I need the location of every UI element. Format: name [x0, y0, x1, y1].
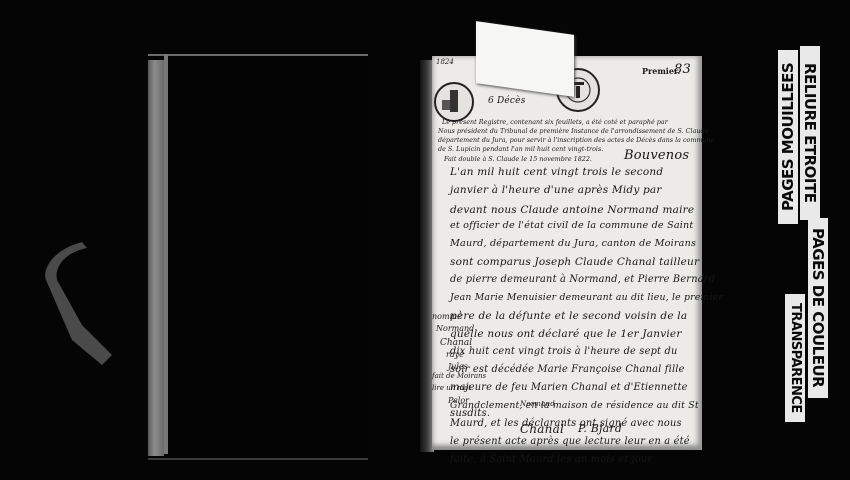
body-line: majeure de feu Marien Chanal et d'Etienn…: [450, 382, 688, 393]
body-line: faite, à Saint Maurd les an mois et jour: [450, 454, 652, 465]
printed-line-5: Fait double à S. Claude le 15 novembre 1…: [444, 155, 592, 163]
body-line: de pierre demeurant à Normand, et Pierre…: [450, 274, 715, 285]
margin-note: Normand: [436, 324, 474, 333]
closing-signature: Chanal: [520, 422, 564, 436]
book-spine: [148, 60, 164, 456]
body-line: L'an mil huit cent vingt trois le second: [450, 166, 663, 178]
label-pages-de-couleur: PAGES DE COULEUR: [808, 218, 828, 398]
printed-line-2: Nous président du Tribunal de première I…: [438, 127, 708, 135]
closing-signature: Normand: [520, 400, 555, 408]
body-line: Maurd, et les déclarants ont signé avec …: [450, 418, 682, 429]
margin-note: rayé: [446, 350, 464, 359]
president-signature: Bouvenos: [624, 148, 689, 163]
left-blank-page: [148, 54, 368, 460]
body-line: sont comparus Joseph Claude Chanal taill…: [450, 256, 699, 268]
tax-stamp-icon: [434, 82, 474, 122]
margin-note: nommé: [432, 312, 462, 321]
body-line: quelle nous ont déclaré que le 1er Janvi…: [450, 328, 682, 340]
body-line: le présent acte après que lecture leur e…: [450, 436, 690, 447]
body-line: père de la défunte et le second voisin d…: [450, 310, 687, 322]
margin-note: Chanal: [440, 338, 472, 348]
margin-note: Pelor: [448, 396, 469, 405]
margin-note: lire un mot: [432, 384, 471, 392]
closing-signature: P. Bjard: [578, 422, 622, 435]
printed-line-4: de S. Lupicin pendant l'an mil huit cent…: [438, 145, 603, 153]
register-type: 6 Décès: [488, 96, 526, 106]
margin-note: Jules: [448, 362, 468, 371]
body-line: janvier à l'heure d'une après Midy par: [450, 184, 662, 196]
body-line-last: susdits.: [450, 408, 490, 419]
label-pages-mouillees: PAGES MOUILLEES: [778, 50, 798, 224]
margin-note: fait de Moirans: [432, 372, 486, 380]
folio-number: 83: [674, 62, 691, 77]
label-reliure-etroite: RELIURE ETROITE: [800, 46, 820, 220]
body-line: et officier de l'état civil de la commun…: [450, 220, 693, 231]
year-corner: 1824: [436, 58, 454, 66]
body-line: Maurd, département du Jura, canton de Mo…: [450, 238, 696, 249]
cover-edge: [164, 54, 168, 454]
body-line: Jean Marie Menuisier demeurant au dit li…: [450, 292, 723, 303]
printed-line-1: Le présent Registre, contenant six feuil…: [442, 118, 668, 126]
body-line: dix huit cent vingt trois à l'heure de s…: [450, 346, 678, 357]
bookmark-ribbon-icon: [42, 240, 122, 370]
printed-line-3: département du Jura, pour servir à l'ins…: [438, 136, 715, 144]
register-page: 1824 Premier. 83 6 Décès Le présent Regi…: [432, 56, 702, 450]
label-transparence: TRANSPARENCE: [785, 294, 805, 422]
body-line: devant nous Claude antoine Normand maire: [450, 204, 694, 216]
